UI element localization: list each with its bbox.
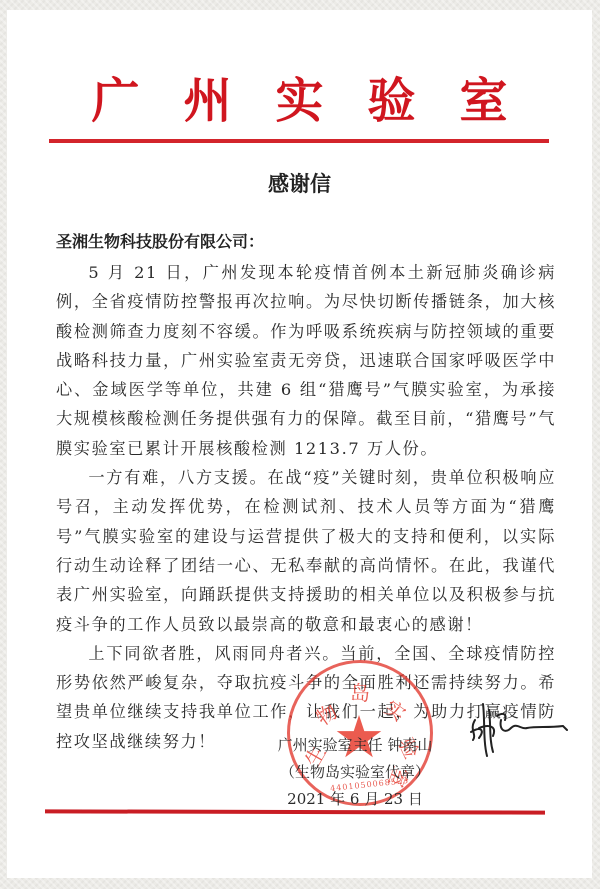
letter-body: 5 月 21 日，广州发现本轮疫情首例本土新冠肺炎确诊病例，全省疫情防控警报再次…: [56, 258, 556, 756]
letterhead-rule: [49, 139, 549, 143]
signature-block: 广州实验室主任 钟南山 （生物岛实验室代章） 2021 年 6 月 23 日: [255, 732, 455, 813]
letterhead-char: 广: [91, 62, 139, 131]
seal-char: 岛: [350, 677, 370, 706]
salutation: 圣湘生物科技股份有限公司：: [56, 229, 264, 252]
letter-paper: 广州实验室 感谢信 圣湘生物科技股份有限公司： 5 月 21 日，广州发现本轮疫…: [7, 10, 592, 878]
letterhead-char: 实: [275, 62, 323, 131]
signer-line: 广州实验室主任 钟南山: [255, 732, 455, 759]
paragraph: 一方有难，八方支援。在战“疫”关键时刻，贵单位积极响应号召，主动发挥优势，在检测…: [56, 463, 556, 639]
paragraph: 5 月 21 日，广州发现本轮疫情首例本土新冠肺炎确诊病例，全省疫情防控警报再次…: [56, 258, 556, 463]
letterhead-char: 验: [368, 62, 416, 131]
handwritten-signature: [467, 690, 577, 760]
letterhead-title: 广州实验室: [7, 62, 592, 131]
document-title: 感谢信: [7, 168, 592, 198]
letterhead-char: 州: [183, 62, 231, 131]
letterhead-char: 室: [460, 62, 508, 131]
letter-date: 2021 年 6 月 23 日: [255, 786, 455, 813]
seal-note: （生物岛实验室代章）: [255, 759, 455, 786]
